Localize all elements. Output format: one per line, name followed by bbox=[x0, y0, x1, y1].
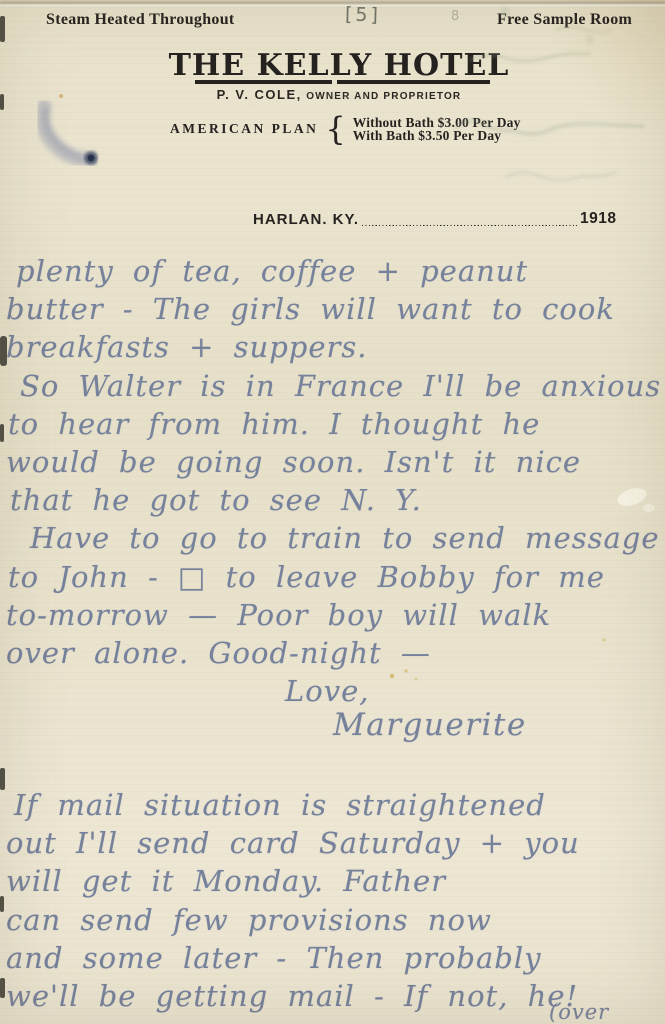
dateline-year: 1918 bbox=[580, 210, 616, 228]
letter-body: plenty of tea, coffee + peanut butter - … bbox=[6, 252, 661, 672]
handwritten-line: out I'll send card Saturday + you bbox=[6, 824, 580, 862]
handwritten-line: to John - □ to leave Bobby for me bbox=[6, 558, 661, 596]
plan-label: AMERICAN PLAN bbox=[170, 121, 318, 137]
crease-line bbox=[0, 0, 665, 7]
signature: Marguerite bbox=[333, 707, 527, 743]
crease-line bbox=[0, 0, 665, 7]
handwritten-line: to hear from him. I thought he bbox=[6, 405, 661, 443]
handwritten-line: plenty of tea, coffee + peanut bbox=[6, 252, 661, 290]
letterhead-slogan-right: Free Sample Room bbox=[497, 11, 632, 29]
letterhead-slogan-left: Steam Heated Throughout bbox=[46, 11, 235, 29]
handwritten-line: If mail situation is straightened bbox=[6, 786, 580, 824]
pencil-stray-mark: 8 bbox=[451, 9, 459, 24]
handwritten-line: we'll be getting mail - If not, he! bbox=[6, 977, 580, 1015]
hotel-name-title: THE KELLY HOTEL bbox=[14, 48, 664, 83]
dateline-dotted-rule bbox=[362, 214, 577, 228]
plan-option-with-bath: With Bath $3.50 Per Day bbox=[353, 129, 521, 143]
proprietor-name: P. V. COLE, bbox=[217, 87, 302, 102]
dateline-place: HARLAN. KY. bbox=[253, 211, 359, 228]
handwritten-line: breakfasts + suppers. bbox=[6, 328, 661, 366]
handwritten-line: So Walter is in France I'll be anxious bbox=[6, 367, 661, 405]
letter-page: Steam Heated Throughout [5] 8 Free Sampl… bbox=[0, 0, 665, 1024]
proprietor-line: P. V. COLE, Owner and Proprietor bbox=[14, 86, 664, 104]
postscript: If mail situation is straightened out I'… bbox=[6, 786, 580, 1015]
crease-line bbox=[0, 0, 665, 7]
title-rule-right bbox=[337, 80, 490, 84]
handwritten-line: to-morrow — Poor boy will walk bbox=[6, 596, 661, 634]
handwritten-line: will get it Monday. Father bbox=[6, 862, 580, 900]
proprietor-title: Owner and Proprietor bbox=[306, 91, 461, 102]
overleaf-note: (over bbox=[549, 1000, 609, 1024]
handwritten-line: would be going soon. Isn't it nice bbox=[6, 443, 661, 481]
pencil-page-number: [5] bbox=[345, 4, 381, 27]
handwritten-line: over alone. Good-night — bbox=[6, 634, 661, 672]
american-plan-block: AMERICAN PLAN { Without Bath $3.00 Per D… bbox=[170, 114, 521, 144]
handwritten-line: Have to go to train to send message bbox=[6, 519, 661, 557]
closing: Love, bbox=[285, 674, 369, 708]
handwritten-line: butter - The girls will want to cook bbox=[6, 290, 661, 328]
plan-options: Without Bath $3.00 Per Day With Bath $3.… bbox=[353, 116, 521, 143]
ink-smudge bbox=[43, 94, 98, 165]
plan-option-without-bath: Without Bath $3.00 Per Day bbox=[353, 116, 521, 130]
brace-glyph: { bbox=[325, 114, 345, 144]
handwritten-line: that he got to see N. Y. bbox=[6, 481, 661, 519]
dateline: HARLAN. KY. 1918 bbox=[253, 210, 617, 228]
handwritten-line: and some later - Then probably bbox=[6, 939, 580, 977]
crease-line bbox=[0, 0, 665, 7]
handwritten-line: can send few provisions now bbox=[6, 901, 580, 939]
title-rule-left bbox=[195, 80, 332, 84]
